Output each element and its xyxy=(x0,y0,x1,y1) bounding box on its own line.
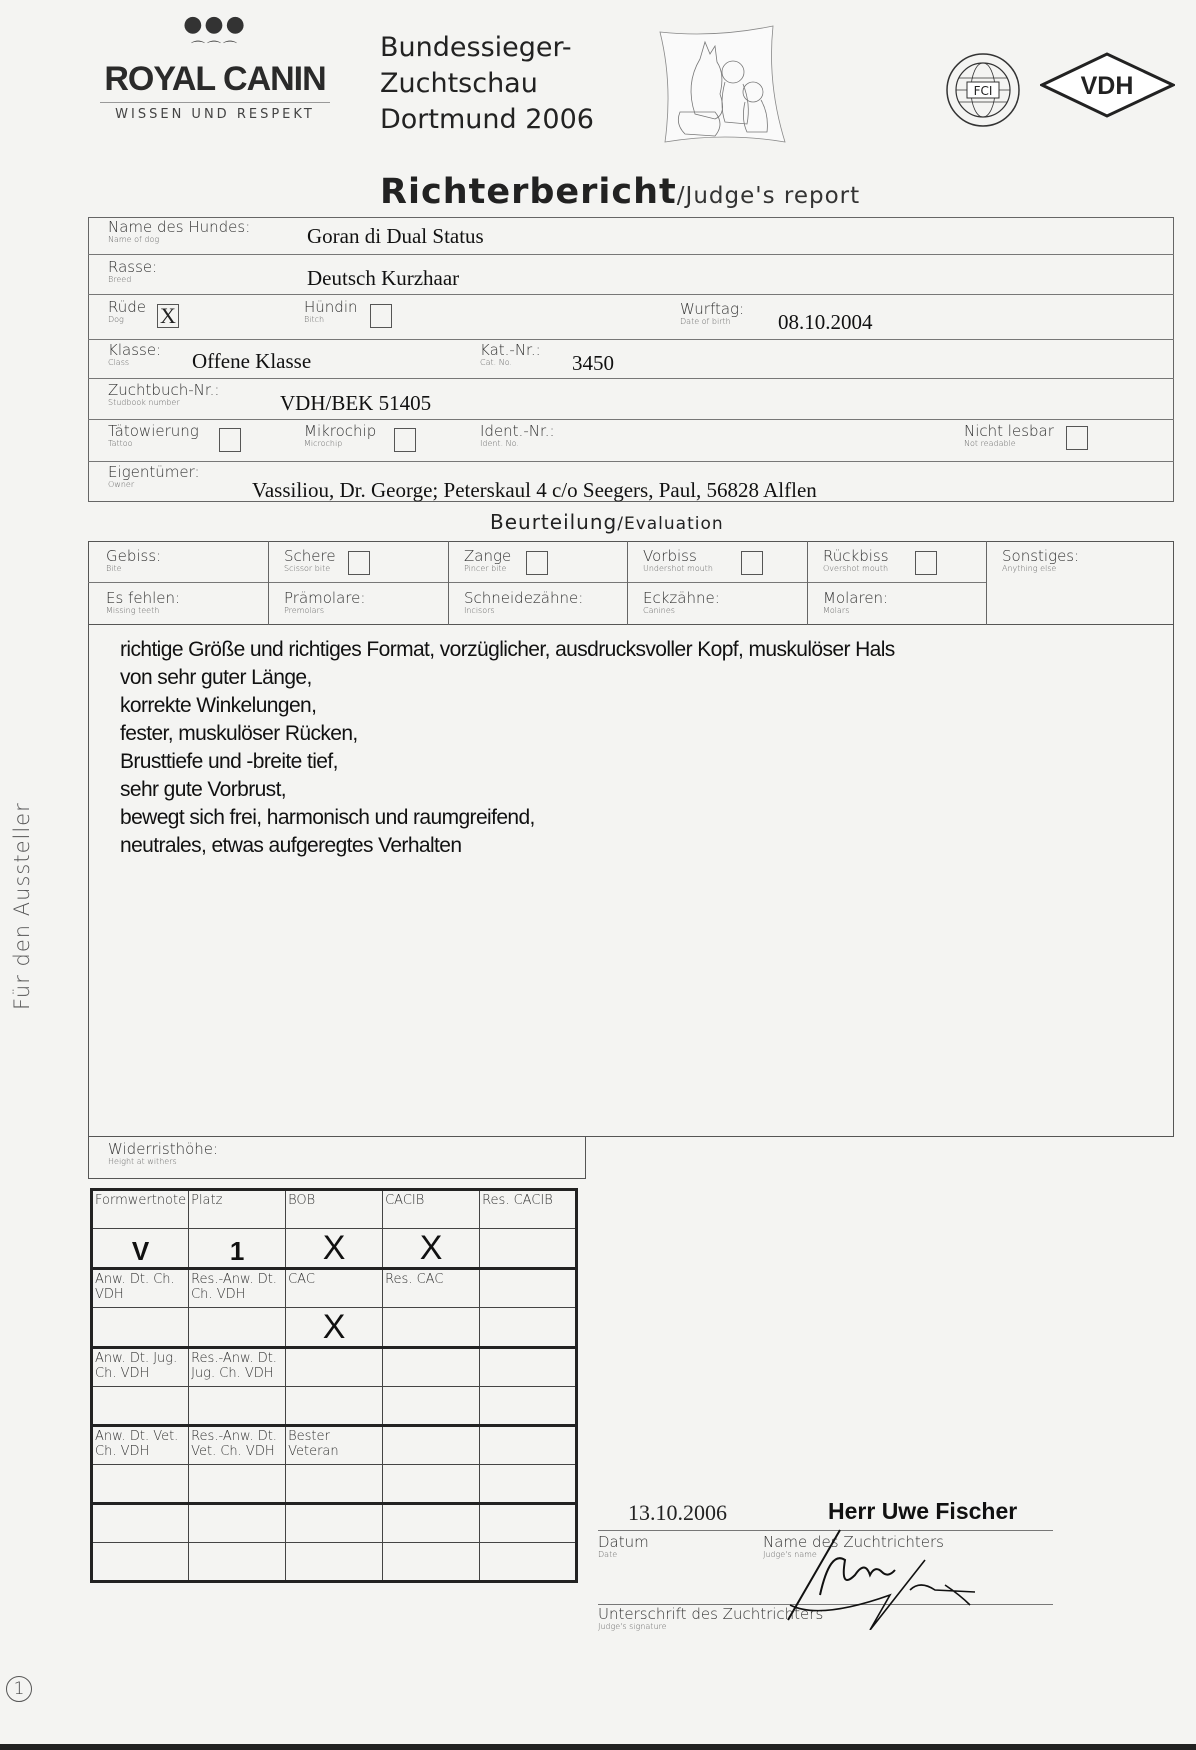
male-label: Rüde Dog xyxy=(108,299,146,325)
award-label-cell xyxy=(383,1426,480,1465)
judge-signature xyxy=(760,1520,1000,1630)
date-field[interactable]: 13.10.2006 xyxy=(628,1500,727,1526)
awards-header-row: Anw. Dt. Vet. Ch. VDHRes.-Anw. Dt. Vet. … xyxy=(92,1426,577,1465)
awards-value-row xyxy=(92,1543,577,1582)
award-label-cell xyxy=(189,1504,286,1543)
awards-value-row: V1XX xyxy=(92,1229,577,1269)
birth-date-label: Wurftag: Date of birth xyxy=(680,301,744,327)
awards-header-row: Anw. Dt. Ch. VDHRes.-Anw. Dt. Ch. VDHCAC… xyxy=(92,1269,577,1308)
awards-value-row xyxy=(92,1465,577,1504)
award-label-cell: Res. CACIB xyxy=(480,1190,577,1229)
premolars-label: Prämolare:Premolars xyxy=(284,590,365,616)
fci-logo-icon: FCI xyxy=(945,52,1021,128)
birth-date-field[interactable]: 08.10.2004 xyxy=(778,310,873,335)
undershot-label: VorbissUndershot mouth xyxy=(643,548,713,574)
awards-table: FormwertnotePlatzBOBCACIBRes. CACIBV1XXA… xyxy=(90,1188,578,1583)
not-readable-label: Nicht lesbar Not readable xyxy=(964,423,1054,449)
scissor-bite-checkbox[interactable] xyxy=(348,551,370,575)
class-field[interactable]: Offene Klasse xyxy=(192,349,311,374)
crown-icon: ●●●⌒⌒⌒ xyxy=(90,14,340,60)
award-value-cell[interactable] xyxy=(92,1308,189,1348)
vdh-logo-icon: VDH xyxy=(1040,52,1175,118)
award-value-cell[interactable] xyxy=(286,1387,383,1426)
pincer-bite-checkbox[interactable] xyxy=(526,551,548,575)
award-value-cell[interactable] xyxy=(92,1543,189,1582)
pincer-bite-label: ZangePincer bite xyxy=(464,548,511,574)
award-label-cell: BOB xyxy=(286,1190,383,1229)
award-label-cell xyxy=(383,1504,480,1543)
award-value-cell[interactable] xyxy=(286,1465,383,1504)
female-label: Hündin Bitch xyxy=(304,299,358,325)
award-label-cell: Res.-Anw. Dt. Ch. VDH xyxy=(189,1269,286,1308)
award-value-cell[interactable] xyxy=(480,1543,577,1582)
award-value-cell[interactable] xyxy=(383,1387,480,1426)
tattoo-label: Tätowierung Tattoo xyxy=(108,423,199,449)
award-label-cell xyxy=(383,1348,480,1387)
award-label-cell: Anw. Dt. Ch. VDH xyxy=(92,1269,189,1308)
svg-text:FCI: FCI xyxy=(974,84,993,98)
award-label-cell xyxy=(286,1348,383,1387)
award-label-cell xyxy=(92,1504,189,1543)
award-value-cell[interactable]: X xyxy=(286,1308,383,1348)
owner-label: Eigentümer: Owner xyxy=(108,464,200,490)
award-value-cell[interactable] xyxy=(480,1465,577,1504)
studbook-label: Zuchtbuch-Nr.: Studbook number xyxy=(108,382,219,408)
show-title: Bundessieger- Zuchtschau Dortmund 2006 xyxy=(380,30,594,138)
award-label-cell: Res. CAC xyxy=(383,1269,480,1308)
award-value-cell[interactable] xyxy=(189,1465,286,1504)
awards-value-row: X xyxy=(92,1308,577,1348)
award-value-cell[interactable] xyxy=(480,1387,577,1426)
award-value-cell[interactable] xyxy=(383,1308,480,1348)
award-value-cell[interactable] xyxy=(189,1543,286,1582)
award-label-cell xyxy=(286,1504,383,1543)
award-value-cell[interactable]: X xyxy=(383,1229,480,1269)
award-label-cell: Res.-Anw. Dt. Jug. Ch. VDH xyxy=(189,1348,286,1387)
page-number: 1 xyxy=(6,1676,32,1702)
dog-name-field[interactable]: Goran di Dual Status xyxy=(307,224,484,249)
overshot-label: RückbissOvershot mouth xyxy=(823,548,889,574)
award-value-cell[interactable]: X xyxy=(286,1229,383,1269)
side-label: Für den Aussteller xyxy=(10,802,34,1010)
undershot-checkbox[interactable] xyxy=(741,551,763,575)
breed-label: Rasse: Breed xyxy=(108,259,157,285)
microchip-checkbox[interactable] xyxy=(394,428,416,452)
svg-text:VDH: VDH xyxy=(1081,72,1134,100)
class-label: Klasse: Class xyxy=(108,342,161,368)
owner-field[interactable]: Vassiliou, Dr. George; Peterskaul 4 c/o … xyxy=(252,478,817,503)
evaluation-title: Beurteilung/Evaluation xyxy=(490,510,724,534)
award-value-cell[interactable] xyxy=(383,1543,480,1582)
sponsor-name: ROYAL CANIN xyxy=(90,60,340,98)
evaluation-text[interactable]: richtige Größe und richtiges Format, vor… xyxy=(120,636,895,860)
award-value-cell[interactable] xyxy=(383,1465,480,1504)
male-checkbox[interactable]: X xyxy=(157,304,179,328)
microchip-label: Mikrochip Microchip xyxy=(304,423,376,449)
scan-edge xyxy=(0,1744,1196,1750)
female-checkbox[interactable] xyxy=(370,304,392,328)
tattoo-checkbox[interactable] xyxy=(219,428,241,452)
award-value-cell[interactable]: V xyxy=(92,1229,189,1269)
awards-value-row xyxy=(92,1387,577,1426)
award-label-cell: Platz xyxy=(189,1190,286,1229)
missing-teeth-label: Es fehlen:Missing teeth xyxy=(106,590,180,616)
award-value-cell[interactable] xyxy=(480,1308,577,1348)
award-value-cell[interactable] xyxy=(92,1465,189,1504)
award-value-cell[interactable] xyxy=(189,1387,286,1426)
award-label-cell: Anw. Dt. Vet. Ch. VDH xyxy=(92,1426,189,1465)
incisors-label: Schneidezähne:Incisors xyxy=(464,590,583,616)
not-readable-checkbox[interactable] xyxy=(1066,426,1088,450)
award-label-cell: CAC xyxy=(286,1269,383,1308)
award-label-cell xyxy=(480,1348,577,1387)
award-value-cell[interactable]: 1 xyxy=(189,1229,286,1269)
award-label-cell xyxy=(480,1269,577,1308)
report-title: Richterbericht/Judge's report xyxy=(380,172,860,212)
royal-canin-logo: ●●●⌒⌒⌒ ROYAL CANIN WISSEN UND RESPEKT xyxy=(90,14,340,124)
awards-header-row: Anw. Dt. Jug. Ch. VDHRes.-Anw. Dt. Jug. … xyxy=(92,1348,577,1387)
canines-label: Eckzähne:Canines xyxy=(643,590,720,616)
dog-name-label: Name des Hundes: Name of dog xyxy=(108,219,250,245)
dogs-illustration-icon xyxy=(655,24,790,144)
award-label-cell: Formwertnote xyxy=(92,1190,189,1229)
award-label-cell: Bester Veteran xyxy=(286,1426,383,1465)
award-value-cell[interactable] xyxy=(92,1387,189,1426)
withers-label: Widerristhöhe:Height at withers xyxy=(108,1141,218,1167)
molars-label: Molaren:Molars xyxy=(823,590,888,616)
award-label-cell xyxy=(480,1426,577,1465)
ident-no-label: Ident.-Nr.: Ident. No. xyxy=(480,423,555,449)
awards-header-row xyxy=(92,1504,577,1543)
overshot-checkbox[interactable] xyxy=(915,551,937,575)
award-label-cell: CACIB xyxy=(383,1190,480,1229)
other-label: Sonstiges:Anything else xyxy=(1002,548,1079,574)
date-label: DatumDate xyxy=(598,1534,649,1560)
breed-field[interactable]: Deutsch Kurzhaar xyxy=(307,266,459,291)
award-label-cell: Anw. Dt. Jug. Ch. VDH xyxy=(92,1348,189,1387)
cat-no-field[interactable]: 3450 xyxy=(572,351,614,376)
award-label-cell: Res.-Anw. Dt. Vet. Ch. VDH xyxy=(189,1426,286,1465)
award-value-cell[interactable] xyxy=(189,1308,286,1348)
cat-no-label: Kat.-Nr.: Cat. No. xyxy=(480,342,541,368)
sponsor-tagline: WISSEN UND RESPEKT xyxy=(90,107,340,122)
scissor-bite-label: SchereScissor bite xyxy=(284,548,336,574)
award-value-cell[interactable] xyxy=(286,1543,383,1582)
award-value-cell[interactable] xyxy=(480,1229,577,1269)
award-label-cell xyxy=(480,1504,577,1543)
studbook-field[interactable]: VDH/BEK 51405 xyxy=(280,391,431,416)
bite-label: Gebiss:Bite xyxy=(106,548,161,574)
awards-header-row: FormwertnotePlatzBOBCACIBRes. CACIB xyxy=(92,1190,577,1229)
